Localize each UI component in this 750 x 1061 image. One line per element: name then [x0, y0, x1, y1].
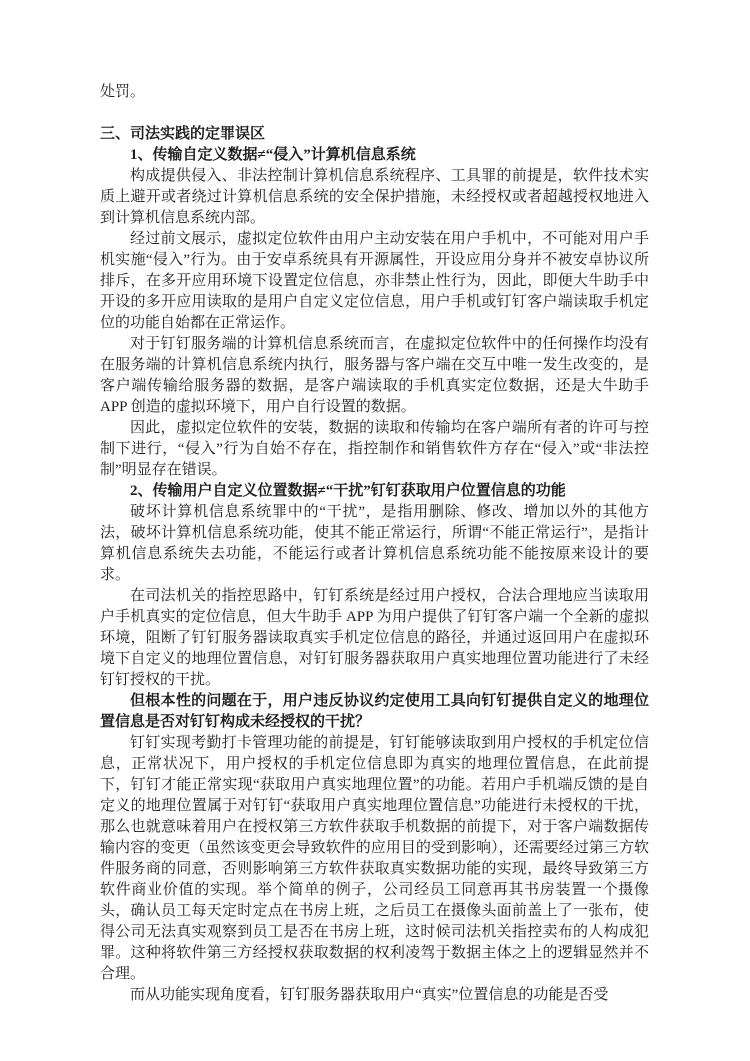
paragraph: 破坏计算机信息系统罪中的“干扰”，是指用删除、修改、增加以外的其他方法，破坏计算…: [100, 502, 649, 586]
subsection-heading-1: 1、传输自定义数据≠“侵入”计算机信息系统: [100, 145, 649, 166]
paragraph-continuation: 处罚。: [100, 82, 649, 103]
paragraph: 对于钉钉服务端的计算机信息系统而言，在虚拟定位软件中的任何操作均没有在服务端的计…: [100, 334, 649, 418]
paragraph-truncated: 而从功能实现角度看，钉钉服务器获取用户“真实”位置信息的功能是否受: [100, 985, 649, 1006]
paragraph: 经过前文展示，虚拟定位软件由用户主动安装在用户手机中，不可能对用户手机实施“侵入…: [100, 229, 649, 334]
subsection-heading-2: 2、传输用户自定义位置数据≠“干扰”钉钉获取用户位置信息的功能: [100, 481, 649, 502]
paragraph: 构成提供侵入、非法控制计算机信息系统程序、工具罪的前提是，软件技术实质上避开或者…: [100, 166, 649, 229]
paragraph: 因此，虚拟定位软件的安装，数据的读取和传输均在客户端所有者的许可与控制下进行，“…: [100, 418, 649, 481]
paragraph-emphasis: 但根本性的问题在于，用户违反协议约定使用工具向钉钉提供自定义的地理位置信息是否对…: [100, 691, 649, 733]
section-heading: 三、司法实践的定罪误区: [100, 124, 649, 145]
document-page: 处罚。 三、司法实践的定罪误区 1、传输自定义数据≠“侵入”计算机信息系统 构成…: [100, 82, 649, 1006]
paragraph: 在司法机关的指控思路中，钉钉系统是经过用户授权，合法合理地应当读取用户手机真实的…: [100, 586, 649, 691]
paragraph: 钉钉实现考勤打卡管理功能的前提是，钉钉能够读取到用户授权的手机定位信息，正常状况…: [100, 733, 649, 985]
